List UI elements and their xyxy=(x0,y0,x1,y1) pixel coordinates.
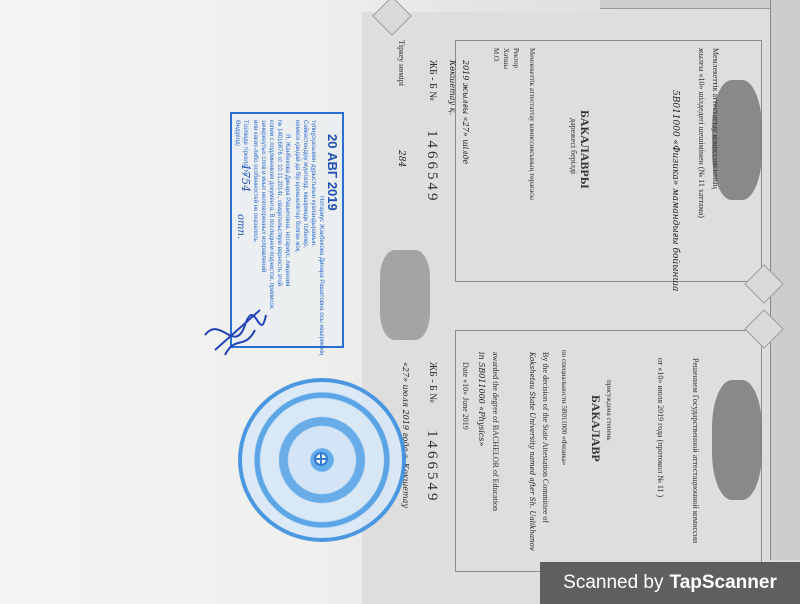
english-date: Date «10» June 2019 xyxy=(461,362,470,430)
watermark-prefix: Scanned by xyxy=(563,572,663,594)
left-issue-date: 2019 жылғы «27» шілде xyxy=(461,60,470,164)
center-ornament xyxy=(380,250,430,340)
notary-seal xyxy=(238,378,406,542)
stamp-line: түпнұсқасымен дұрыстығын куәландырамын. xyxy=(310,120,316,247)
left-city: Көкшетау қ. xyxy=(448,60,457,115)
stamp-date: 20 АВГ 2019 xyxy=(325,134,340,211)
tapscanner-watermark: Scanned by TapScanner xyxy=(540,562,800,604)
english-awarded: awarded the degree of BACHELOR of Educat… xyxy=(491,352,500,511)
left-protocol-line: жылғы «10» шілдедегі шешімімен (№ 11 хат… xyxy=(697,48,706,218)
notary-signature xyxy=(200,305,270,360)
left-specialty: 5В011000 «Физика» мамандығы бойынша xyxy=(670,90,680,291)
stamp-fee-label: Өндірілді xyxy=(234,120,240,146)
left-degree-subtitle: дәрежесі берілді xyxy=(569,118,578,174)
right-serial-number: 1466549 xyxy=(423,430,440,504)
scanned-document: Мемлекеттік аттестаттау комиссиясының жы… xyxy=(0,0,800,604)
emblem-ornament-bottom xyxy=(712,380,762,500)
left-secretary-label: Хатшы xyxy=(502,48,510,69)
registration-label: Тіркеу нөмірі xyxy=(397,40,406,86)
right-footer-line: «27» июля 2019 года г. Кокшетау xyxy=(401,362,410,508)
english-decision: By the decision of the State Attestation… xyxy=(541,352,550,523)
stamp-registry-number: 1754 xyxy=(239,164,252,192)
stamp-line: Я, Жанбекова Динара Рашитовна, нотариус,… xyxy=(284,134,290,286)
registration-number: 284 xyxy=(396,150,406,167)
stamp-line: немесе қандай да бір ерекшеліктер болған… xyxy=(294,120,300,253)
left-degree-title: БАКАЛАВРЫ xyxy=(577,110,592,189)
stamp-line: Нотариус Жанбекова Динара Рашитовна осы … xyxy=(318,196,324,355)
left-mp-label: М.О. xyxy=(492,48,500,63)
right-protocol-line: от «10» июля 2019 года (протокол № 11 ) xyxy=(656,358,665,497)
right-awarded-label: присуждена степень xyxy=(605,380,613,441)
right-serial-label: ЖБ - Б № xyxy=(427,362,438,403)
english-specialty: in 5B011000 «Physics» xyxy=(477,352,486,446)
stamp-line: или каких-либо особенностей не оказалось… xyxy=(252,120,258,243)
seal-emblem-icon xyxy=(314,452,328,466)
right-decision-header: Решением Государственной аттестационной … xyxy=(691,358,700,543)
watermark-brand: TapScanner xyxy=(670,572,777,594)
stamp-line: № 14016876 от 10.11.2014г., свидетельств… xyxy=(276,120,282,286)
right-degree-title: БАКАЛАВР xyxy=(588,395,603,462)
right-specialty-label: по специальности 5В011000 «Физика» xyxy=(560,350,568,465)
stamp-line: копии с подлинником документа. В последн… xyxy=(268,120,274,310)
english-university: Kokshetau State University named after S… xyxy=(528,352,536,551)
left-chair-label: Мемлекеттік аттестаттау комиссиясының тө… xyxy=(528,48,536,200)
left-commission-header: Мемлекеттік аттестаттау комиссиясының xyxy=(711,48,720,189)
left-rector-label: Ректор xyxy=(512,48,520,68)
stamp-line: зачеркнутых слов и иных неоговоренных ис… xyxy=(260,120,266,272)
stamp-fee-value: отп. xyxy=(235,214,246,239)
stamp-line: Сәйкестендіру жүргізілді, көшірмеде тізб… xyxy=(302,120,308,248)
left-serial-number: 1466549 xyxy=(423,130,440,204)
left-serial-label: ЖБ - Б № xyxy=(427,60,438,101)
